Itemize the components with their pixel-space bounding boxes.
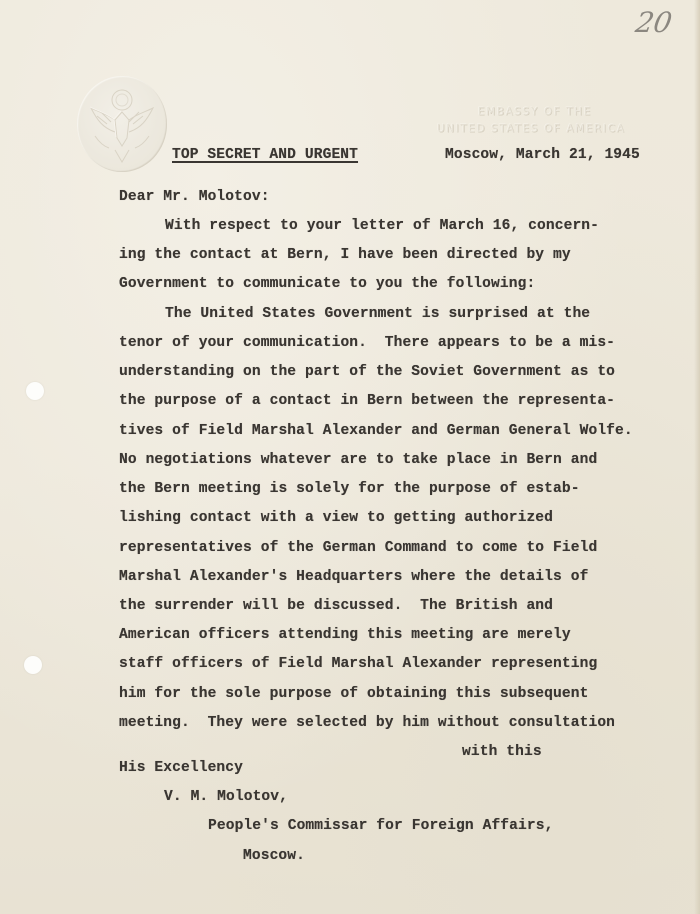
body-line: representatives of the German Command to… [119, 539, 597, 557]
body-line: Marshal Alexander's Headquarters where t… [119, 568, 588, 586]
letterhead-line-2: UNITED STATES OF AMERICA [437, 123, 626, 135]
addressee-city: Moscow. [243, 847, 305, 865]
embossed-seal-icon [77, 76, 167, 172]
body-line: meeting. They were selected by him witho… [119, 714, 615, 732]
addressee-title: His Excellency [119, 759, 243, 777]
body-line: the surrender will be discussed. The Bri… [119, 597, 553, 615]
body-line: No negotiations whatever are to take pla… [119, 451, 597, 469]
letterhead-line-1: EMBASSY OF THE [478, 106, 592, 118]
punch-hole [26, 382, 44, 400]
body-line: him for the sole purpose of obtaining th… [119, 685, 588, 703]
body-line: Government to communicate to you the fol… [119, 275, 535, 293]
salutation: Dear Mr. Molotov: [119, 188, 270, 206]
body-line: ing the contact at Bern, I have been dir… [119, 246, 571, 264]
body-line: understanding on the part of the Soviet … [119, 363, 615, 381]
paper-edge [694, 0, 700, 914]
letter-page: 20 EMBASSY OF THE UNITED STATES OF AMERI… [0, 0, 700, 914]
body-line: The United States Government is surprise… [165, 305, 590, 323]
body-line: the purpose of a contact in Bern between… [119, 392, 615, 410]
body-line: lishing contact with a view to getting a… [119, 509, 553, 527]
addressee-name: V. M. Molotov, [164, 788, 288, 806]
continuation-catchword: with this [462, 743, 542, 761]
body-line: tenor of your communication. There appea… [119, 334, 615, 352]
body-line: With respect to your letter of March 16,… [165, 217, 599, 235]
body-line: staff officers of Field Marshal Alexande… [119, 655, 597, 673]
classification-marking: TOP SECRET AND URGENT [172, 146, 358, 164]
body-line: American officers attending this meeting… [119, 626, 571, 644]
punch-hole [24, 656, 42, 674]
body-line: tives of Field Marshal Alexander and Ger… [119, 422, 633, 440]
addressee-position: People's Commissar for Foreign Affairs, [208, 817, 553, 835]
handwritten-page-number: 20 [633, 6, 674, 39]
body-line: the Bern meeting is solely for the purpo… [119, 480, 580, 498]
place-date: Moscow, March 21, 1945 [445, 146, 640, 164]
